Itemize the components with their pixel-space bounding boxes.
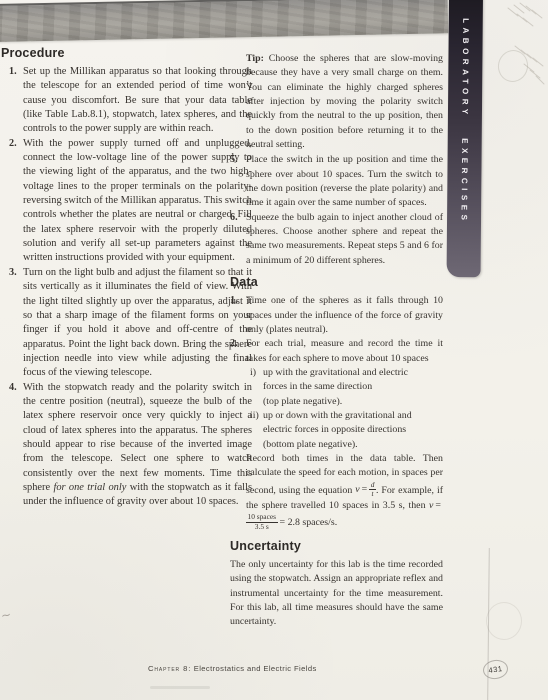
data-subitem-i: i) up with the gravitational and electri… xyxy=(250,366,443,409)
subitem-label: ii) xyxy=(250,409,263,452)
equation-v-dt: v=dt xyxy=(355,484,376,495)
scan-smudge xyxy=(150,686,210,689)
subitem-line: electric forces in opposite directions xyxy=(263,423,412,437)
item-number: 2. xyxy=(230,337,246,351)
step-number: 3. xyxy=(9,266,23,280)
subitem-line: up or down with the gravitational and xyxy=(263,409,412,423)
tip-label: Tip: xyxy=(246,53,264,64)
tip-note: Tip: Choose the spheres that are slow-mo… xyxy=(246,52,443,152)
step-number: 5. xyxy=(230,153,246,167)
data-subitem-ii: ii) up or down with the gravitational an… xyxy=(250,409,443,452)
chapter-label: Chapter 8: xyxy=(148,664,191,673)
tip-text: Choose the spheres that are slow-moving … xyxy=(246,53,443,150)
subitem-line: up with the gravitational and electric xyxy=(263,366,408,380)
footer-chapter: Chapter 8: Electrostatics and Electric F… xyxy=(148,664,317,673)
step-number: 6. xyxy=(230,211,246,225)
step-number: 2. xyxy=(9,137,23,151)
fraction-denominator: 3.5 s xyxy=(246,523,278,532)
procedure-step-1: 1. Set up the Millikan apparatus so that… xyxy=(9,65,252,137)
item-number: 1. xyxy=(230,294,246,308)
step-text-part: With the stopwatch ready and the polarit… xyxy=(23,382,252,493)
equals-sign: = xyxy=(433,500,443,511)
left-column: Procedure 1. Set up the Millikan apparat… xyxy=(9,46,252,510)
procedure-step-5: 5. Place the switch in the up position a… xyxy=(230,153,443,210)
record-paragraph: Record both times in the data table. The… xyxy=(246,453,443,528)
fraction-d-over-t: dt xyxy=(369,481,376,499)
equation-variable: v xyxy=(355,484,359,495)
procedure-step-2: 2. With the power supply turned off and … xyxy=(9,137,252,266)
step-text: With the power supply turned off and unp… xyxy=(23,137,252,266)
step-number: 1. xyxy=(9,65,23,79)
scan-ring-artifact-bottom xyxy=(486,602,522,640)
uncertainty-paragraph: The only uncertainty for this lab is the… xyxy=(230,558,443,630)
right-column: Tip: Choose the spheres that are slow-mo… xyxy=(230,52,443,630)
procedure-step-6: 6. Squeeze the bulb again to inject anot… xyxy=(230,211,443,268)
fraction-denominator: t xyxy=(369,490,376,499)
tab-vertical-text: LABORATORY EXERCISES xyxy=(459,0,470,277)
data-item-1: 1. Time one of the spheres as it falls t… xyxy=(230,294,443,337)
item-text: Time one of the spheres as it falls thro… xyxy=(246,294,443,337)
step-text: With the stopwatch ready and the polarit… xyxy=(23,381,252,510)
equation-result: = 2.8 spaces/s. xyxy=(278,517,340,528)
step-text: Squeeze the bulb again to inject another… xyxy=(246,211,443,268)
equals-sign: = xyxy=(360,484,370,495)
fraction-10spaces-over-3.5s: 10 spaces3.5 s xyxy=(246,513,278,531)
step-text: Place the switch in the up position and … xyxy=(246,153,443,210)
data-heading: Data xyxy=(230,275,443,289)
procedure-step-4: 4. With the stopwatch ready and the pola… xyxy=(9,381,252,510)
laboratory-exercises-tab: LABORATORY EXERCISES xyxy=(447,0,483,277)
step-text: Turn on the light bulb and adjust the fi… xyxy=(23,266,252,381)
subitem-lines: up or down with the gravitational and el… xyxy=(263,409,412,452)
chapter-title: Electrostatics and Electric Fields xyxy=(194,664,317,673)
item-body: For each trial, measure and record the t… xyxy=(246,337,443,531)
procedure-heading: Procedure xyxy=(1,46,252,60)
subitem-line: (bottom plate negative). xyxy=(263,438,412,452)
tab-word-exercises: EXERCISES xyxy=(459,138,469,224)
tab-word-laboratory: LABORATORY xyxy=(460,18,470,118)
step-text-italic: for one trial only xyxy=(53,482,126,493)
step-text: Set up the Millikan apparatus so that lo… xyxy=(23,65,252,137)
subitem-lines: up with the gravitational and electric f… xyxy=(263,366,408,409)
item-text: For each trial, measure and record the t… xyxy=(246,338,443,363)
subitem-label: i) xyxy=(250,366,263,409)
subitem-line: forces in the same direction xyxy=(263,380,408,394)
step-number: 4. xyxy=(9,381,23,395)
procedure-step-3: 3. Turn on the light bulb and adjust the… xyxy=(9,266,252,381)
data-item-2: 2. For each trial, measure and record th… xyxy=(230,337,443,531)
subitem-line: (top plate negative). xyxy=(263,395,408,409)
uncertainty-heading: Uncertainty xyxy=(230,539,443,553)
